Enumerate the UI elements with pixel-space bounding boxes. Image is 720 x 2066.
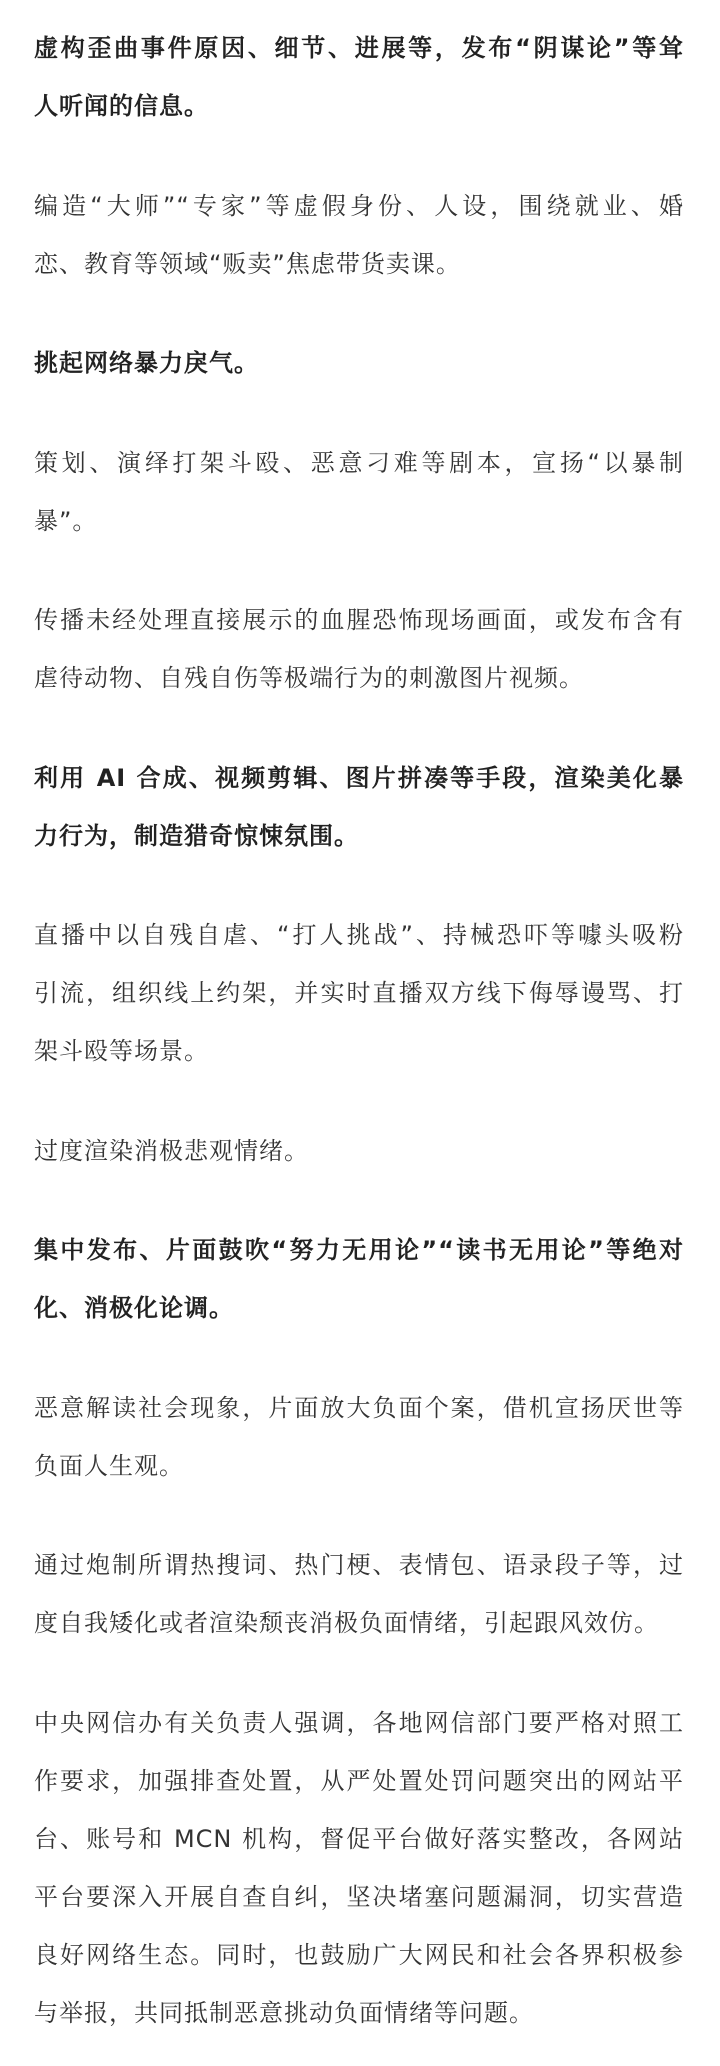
paragraph-line: 通过炮制所谓热搜词、热门梗、表情包、语录段子等，过	[34, 1536, 684, 1594]
subheading-fabricated-events: 虚构歪曲事件原因、细节、进展等，发布“阴谋论”等耸 人听闻的信息。	[34, 19, 684, 135]
subheading-ai-glorified-violence: 利用 AI 合成、视频剪辑、图片拼凑等手段，渲染美化暴 力行为，制造猎奇惊悚氛围…	[34, 749, 684, 865]
paragraph-cac-statement: 中央网信办有关负责人强调，各地网信部门要严格对照工 作要求，加强排查处置，从严处…	[34, 1694, 684, 2042]
paragraph-line: 直播中以自残自虐、“打人挑战”、持械恐吓等噱头吸粉	[34, 906, 684, 964]
paragraph-line: 过度渲染消极悲观情绪。	[34, 1122, 684, 1180]
paragraph-negative-emotions: 过度渲染消极悲观情绪。	[34, 1122, 684, 1180]
paragraph-line: 策划、演绎打架斗殴、恶意刁难等剧本，宣扬“以暴制	[34, 434, 684, 492]
paragraph-line: 度自我矮化或者渲染颓丧消极负面情绪，引起跟风效仿。	[34, 1594, 684, 1652]
paragraph-line: 负面人生观。	[34, 1437, 684, 1495]
subheading-uselessness-theories: 集中发布、片面鼓吹“努力无用论”“读书无用论”等绝对 化、消极化论调。	[34, 1221, 684, 1337]
subheading-inciting-cyber-violence: 挑起网络暴力戾气。	[34, 334, 684, 392]
paragraph-line: 虚构歪曲事件原因、细节、进展等，发布“阴谋论”等耸	[34, 19, 684, 77]
paragraph-line: 集中发布、片面鼓吹“努力无用论”“读书无用论”等绝对	[34, 1221, 684, 1279]
paragraph-line: 良好网络生态。同时，也鼓励广大网民和社会各界积极参	[34, 1926, 684, 1984]
paragraph-line: 恋、教育等领域“贩卖”焦虑带货卖课。	[34, 235, 684, 293]
paragraph-line: 恶意解读社会现象，片面放大负面个案，借机宣扬厌世等	[34, 1379, 684, 1437]
paragraph-line: 台、账号和 MCN 机构，督促平台做好落实整改，各网站	[34, 1810, 684, 1868]
paragraph-line: 力行为，制造猎奇惊悚氛围。	[34, 807, 684, 865]
paragraph-gory-content: 传播未经处理直接展示的血腥恐怖现场画面，或发布含有 虐待动物、自残自伤等极端行为…	[34, 591, 684, 707]
paragraph-staged-fights: 策划、演绎打架斗殴、恶意刁难等剧本，宣扬“以暴制 暴”。	[34, 434, 684, 550]
paragraph-line: 作要求，加强排查处置，从严处置处罚问题突出的网站平	[34, 1752, 684, 1810]
paragraph-livestream-violence: 直播中以自残自虐、“打人挑战”、持械恐吓等噱头吸粉 引流，组织线上约架，并实时直…	[34, 906, 684, 1080]
paragraph-line: 虐待动物、自残自伤等极端行为的刺激图片视频。	[34, 649, 684, 707]
paragraph-fake-experts: 编造“大师”“专家”等虚假身份、人设，围绕就业、婚 恋、教育等领域“贩卖”焦虑带…	[34, 177, 684, 293]
paragraph-malicious-interpretation: 恶意解读社会现象，片面放大负面个案，借机宣扬厌世等 负面人生观。	[34, 1379, 684, 1495]
paragraph-line: 引流，组织线上约架，并实时直播双方线下侮辱谩骂、打	[34, 964, 684, 1022]
paragraph-line: 平台要深入开展自查自纠，坚决堵塞问题漏洞，切实营造	[34, 1868, 684, 1926]
paragraph-line: 传播未经处理直接展示的血腥恐怖现场画面，或发布含有	[34, 591, 684, 649]
paragraph-line: 与举报，共同抵制恶意挑动负面情绪等问题。	[34, 1984, 684, 2042]
paragraph-line: 人听闻的信息。	[34, 77, 684, 135]
paragraph-line: 挑起网络暴力戾气。	[34, 334, 684, 392]
paragraph-line: 中央网信办有关负责人强调，各地网信部门要严格对照工	[34, 1694, 684, 1752]
paragraph-line: 架斗殴等场景。	[34, 1022, 684, 1080]
paragraph-line: 利用 AI 合成、视频剪辑、图片拼凑等手段，渲染美化暴	[34, 749, 684, 807]
paragraph-line: 编造“大师”“专家”等虚假身份、人设，围绕就业、婚	[34, 177, 684, 235]
paragraph-line: 化、消极化论调。	[34, 1279, 684, 1337]
paragraph-self-deprecation-memes: 通过炮制所谓热搜词、热门梗、表情包、语录段子等，过 度自我矮化或者渲染颓丧消极负…	[34, 1536, 684, 1652]
paragraph-line: 暴”。	[34, 492, 684, 550]
article-body: 虚构歪曲事件原因、细节、进展等，发布“阴谋论”等耸 人听闻的信息。 编造“大师”…	[0, 0, 720, 2066]
